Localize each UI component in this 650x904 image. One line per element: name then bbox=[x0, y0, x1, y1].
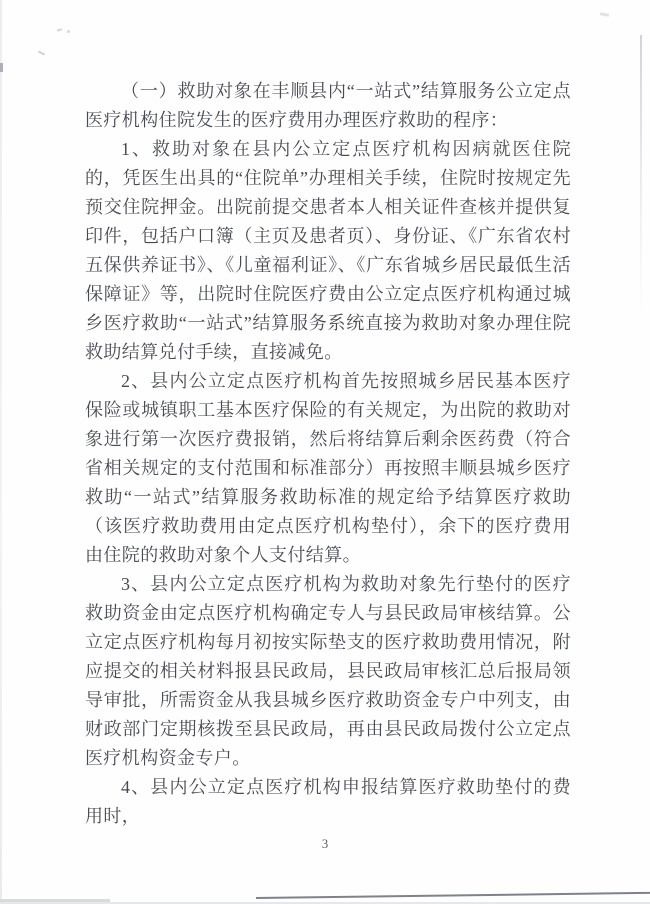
paragraph-item-2: 2、县内公立定点医疗机构首先按照城乡居民基本医疗保险或城镇职工基本医疗保险的有关… bbox=[85, 367, 571, 570]
paragraph-item-4: 4、县内公立定点医疗机构申报结算医疗救助垫付的费用时， bbox=[85, 773, 571, 831]
scan-speck bbox=[600, 12, 609, 17]
scan-speck bbox=[57, 28, 62, 32]
scan-speck bbox=[38, 50, 45, 55]
paragraph-item-1: 1、救助对象在县内公立定点医疗机构因病就医住院的，凭医生出具的“住院单”办理相关… bbox=[85, 135, 571, 367]
scan-edge-bottom-dark bbox=[256, 892, 650, 899]
page-number: 3 bbox=[0, 836, 650, 852]
scan-speck bbox=[67, 30, 70, 33]
scan-speck bbox=[0, 63, 3, 72]
scan-edge-right bbox=[640, 35, 642, 315]
document-body: （一）救助对象在丰顺县内“一站式”结算服务公立定点医疗机构住院发生的医疗费用办理… bbox=[85, 77, 571, 831]
paragraph-item-3: 3、县内公立定点医疗机构为救助对象先行垫付的医疗救助资金由定点医疗机构确定专人与… bbox=[85, 570, 571, 773]
paragraph-section-heading: （一）救助对象在丰顺县内“一站式”结算服务公立定点医疗机构住院发生的医疗费用办理… bbox=[85, 77, 571, 135]
scanned-document-page: （一）救助对象在丰顺县内“一站式”结算服务公立定点医疗机构住院发生的医疗费用办理… bbox=[0, 0, 650, 904]
scan-edge-left bbox=[0, 0, 2, 904]
